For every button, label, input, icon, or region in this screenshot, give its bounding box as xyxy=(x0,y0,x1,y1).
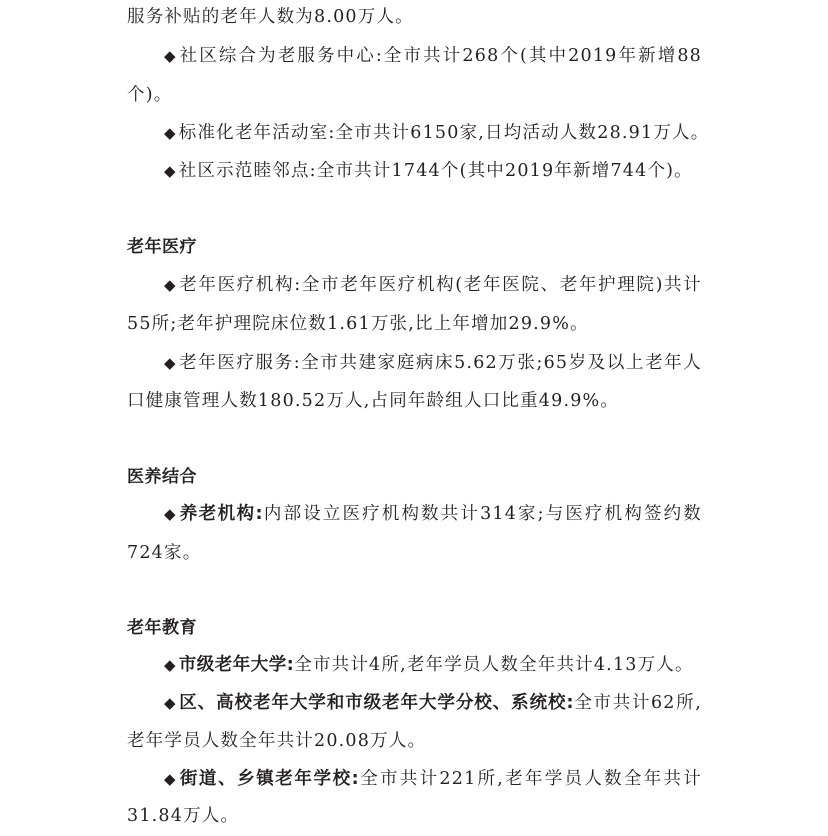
list-item-text: 个)。 xyxy=(127,85,172,105)
list-item-elderly-care-institutions: ◆养老机构:内部设立医疗机构数共计314家;与医疗机构签约数 xyxy=(164,503,702,525)
section-heading-elderly-education: 老年教育 xyxy=(127,617,197,639)
list-item-township-schools-cont: 31.84万人。 xyxy=(127,805,239,827)
list-item-text: 55所;老年护理院床位数1.61万张,比上年增加29.9%。 xyxy=(127,314,589,334)
paragraph-intro-continuation: 服务补贴的老年人数为8.00万人。 xyxy=(127,6,414,28)
diamond-bullet-icon: ◆ xyxy=(164,124,177,142)
list-item-label: 养老机构: xyxy=(180,504,263,524)
diamond-bullet-icon: ◆ xyxy=(164,505,178,523)
list-item-neighborhood-point: ◆社区示范睦邻点:全市共计1744个(其中2019年新增744个)。 xyxy=(164,160,693,182)
diamond-bullet-icon: ◆ xyxy=(164,354,177,372)
list-item-district-universities-cont: 老年学员人数全年共计20.08万人。 xyxy=(127,730,426,752)
paragraph-text: 服务补贴的老年人数为8.00万人。 xyxy=(127,7,414,27)
list-item-text: 全市共计221所,老年学员人数全年共计 xyxy=(359,769,702,789)
list-item-text: 口健康管理人数180.52万人,占同年龄组人口比重49.9%。 xyxy=(127,391,619,411)
diamond-bullet-icon: ◆ xyxy=(164,656,177,674)
list-item-text: 社区综合为老服务中心:全市共计268个(其中2019年新增88 xyxy=(180,46,702,66)
list-item-medical-institutions-cont: 55所;老年护理院床位数1.61万张,比上年增加29.9%。 xyxy=(127,313,589,335)
diamond-bullet-icon: ◆ xyxy=(164,770,178,788)
list-item-text: 内部设立医疗机构数共计314家;与医疗机构签约数 xyxy=(263,504,702,524)
section-heading-elderly-medical: 老年医疗 xyxy=(127,236,197,258)
list-item-text: 全市共计4所,老年学员人数全年共计4.13万人。 xyxy=(294,655,693,675)
list-item-medical-services-cont: 口健康管理人数180.52万人,占同年龄组人口比重49.9%。 xyxy=(127,390,619,412)
list-item-text: 全市共计62所, xyxy=(574,693,702,713)
list-item-community-center: ◆社区综合为老服务中心:全市共计268个(其中2019年新增88 xyxy=(164,45,702,67)
list-item-text: 老年学员人数全年共计20.08万人。 xyxy=(127,731,426,751)
list-item-text: 社区示范睦邻点:全市共计1744个(其中2019年新增744个)。 xyxy=(179,161,693,181)
list-item-label: 市级老年大学: xyxy=(179,655,295,675)
list-item-text: 724家。 xyxy=(127,543,201,563)
section-heading-medical-care-integration: 医养结合 xyxy=(127,466,197,488)
list-item-municipal-university: ◆市级老年大学:全市共计4所,老年学员人数全年共计4.13万人。 xyxy=(164,654,694,676)
list-item-township-schools: ◆街道、乡镇老年学校:全市共计221所,老年学员人数全年共计 xyxy=(164,768,702,790)
list-item-text: 标准化老年活动室:全市共计6150家,日均活动人数28.91万人。 xyxy=(179,123,710,143)
list-item-activity-room: ◆标准化老年活动室:全市共计6150家,日均活动人数28.91万人。 xyxy=(164,122,709,144)
list-item-label: 区、高校老年大学和市级老年大学分校、系统校: xyxy=(179,693,574,713)
list-item-community-center-cont: 个)。 xyxy=(127,84,172,106)
list-item-text: 31.84万人。 xyxy=(127,806,239,826)
list-item-elderly-care-institutions-cont: 724家。 xyxy=(127,542,201,564)
diamond-bullet-icon: ◆ xyxy=(164,694,177,712)
list-item-text: 老年医疗服务:全市共建家庭病床5.62万张;65岁及以上老年人 xyxy=(179,353,702,373)
list-item-medical-institutions: ◆老年医疗机构:全市老年医疗机构(老年医院、老年护理院)共计 xyxy=(164,274,702,296)
diamond-bullet-icon: ◆ xyxy=(164,47,178,65)
list-item-label: 街道、乡镇老年学校: xyxy=(180,769,359,789)
diamond-bullet-icon: ◆ xyxy=(164,162,177,180)
list-item-text: 老年医疗机构:全市老年医疗机构(老年医院、老年护理院)共计 xyxy=(179,275,702,295)
list-item-medical-services: ◆老年医疗服务:全市共建家庭病床5.62万张;65岁及以上老年人 xyxy=(164,352,702,374)
diamond-bullet-icon: ◆ xyxy=(164,276,177,294)
list-item-district-universities: ◆区、高校老年大学和市级老年大学分校、系统校:全市共计62所, xyxy=(164,692,702,714)
